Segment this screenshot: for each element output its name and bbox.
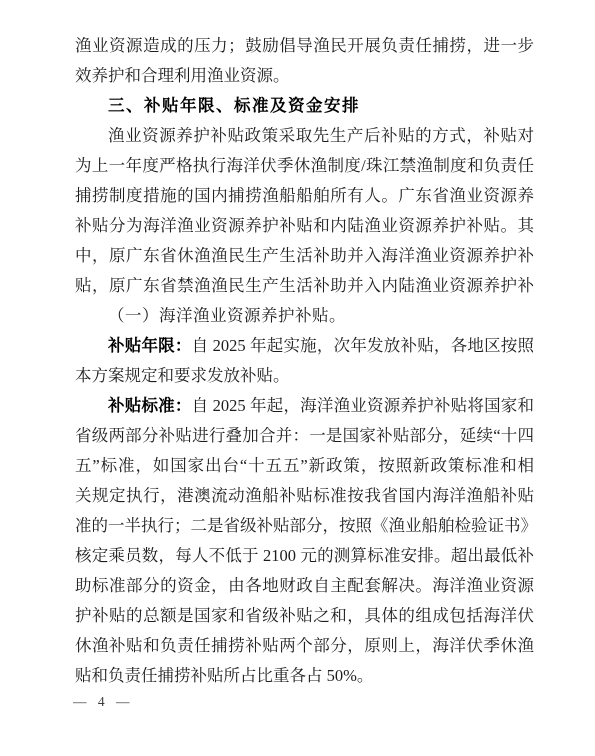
line-text: 助标准部分的资金，由各地财政自主配套解决。海洋渔业资源养 [75, 576, 534, 601]
line-text: 核定乘员数，每人不低于 2100 元的测算标准安排。超出最低补 [75, 546, 534, 565]
text-line: 护补贴的总额是国家和省级补贴之和，具体的组成包括海洋伏季 [75, 601, 534, 631]
section-heading: 三、补贴年限、标准及资金安排 [75, 91, 534, 121]
line-text: 效养护和合理利用渔业资源。 [75, 66, 290, 85]
text-line: 补贴年限：自 2025 年起实施，次年发放补贴，各地区按照 [75, 331, 534, 361]
line-text: 捕捞制度措施的国内捕捞渔船船舶所有人。广东省渔业资源养护 [75, 186, 534, 211]
line-text: 补贴分为海洋渔业资源养护补贴和内陆渔业资源养护补贴。其 [75, 216, 534, 235]
line-text: 自 2025 年起实施，次年发放补贴，各地区按照 [192, 336, 534, 355]
text-line: 准的一半执行；二是省级补贴部分，按照《渔业船舶检验证书》 [75, 511, 534, 541]
line-text: 贴，原广东省禁渔渔民生产生活补助并入内陆渔业资源养护补贴。 [75, 276, 534, 301]
text-line: 休渔补贴和负责任捕捞补贴两个部分，原则上，海洋伏季休渔补 [75, 631, 534, 661]
line-text: 准的一半执行；二是省级补贴部分，按照《渔业船舶检验证书》 [75, 516, 534, 535]
text-line: 渔业资源造成的压力；鼓励倡导渔民开展负责任捕捞，进一步有 [75, 31, 534, 61]
heading-text: 三、补贴年限、标准及资金安排 [108, 97, 360, 115]
text-line: 中，原广东省休渔渔民生产生活补助并入海洋渔业资源养护补 [75, 241, 534, 271]
text-line: 核定乘员数，每人不低于 2100 元的测算标准安排。超出最低补 [75, 541, 534, 571]
text-line: 渔业资源养护补贴政策采取先生产后补贴的方式，补贴对象 [75, 121, 534, 151]
text-line: 省级两部分补贴进行叠加合并：一是国家补贴部分，延续“十四 [75, 421, 534, 451]
line-text: 为上一年度严格执行海洋伏季休渔制度/珠江禁渔制度和负责任 [75, 156, 534, 175]
text-line: 贴和负责任捕捞补贴所占比重各占 50%。 [75, 661, 534, 691]
line-text: 本方案规定和要求发放补贴。 [75, 366, 290, 385]
text-line: 贴，原广东省禁渔渔民生产生活补助并入内陆渔业资源养护补贴。 [75, 271, 534, 301]
text-line: 补贴分为海洋渔业资源养护补贴和内陆渔业资源养护补贴。其 [75, 211, 534, 241]
text-line: 本方案规定和要求发放补贴。 [75, 361, 534, 391]
text-line: 为上一年度严格执行海洋伏季休渔制度/珠江禁渔制度和负责任 [75, 151, 534, 181]
line-text: 护补贴的总额是国家和省级补贴之和，具体的组成包括海洋伏季 [75, 606, 534, 631]
document-page: 渔业资源造成的压力；鼓励倡导渔民开展负责任捕捞，进一步有 效养护和合理利用渔业资… [0, 0, 595, 756]
line-text: 中，原广东省休渔渔民生产生活补助并入海洋渔业资源养护补 [75, 246, 534, 265]
line-text: 贴和负责任捕捞补贴所占比重各占 50%。 [75, 666, 373, 685]
text-line: 五”标准，如国家出台“十五五”新政策，按照新政策标准和相 [75, 451, 534, 481]
bold-run-label: 补贴标准： [108, 397, 192, 415]
text-line: 捕捞制度措施的国内捕捞渔船船舶所有人。广东省渔业资源养护 [75, 181, 534, 211]
text-line: 补贴标准：自 2025 年起，海洋渔业资源养护补贴将国家和 [75, 391, 534, 421]
subsection-heading: （一）海洋渔业资源养护补贴。 [75, 301, 534, 331]
line-text: 五”标准，如国家出台“十五五”新政策，按照新政策标准和相 [75, 456, 534, 475]
text-block: 渔业资源造成的压力；鼓励倡导渔民开展负责任捕捞，进一步有 效养护和合理利用渔业资… [75, 31, 534, 691]
line-text: 自 2025 年起，海洋渔业资源养护补贴将国家和 [192, 396, 534, 415]
text-line: 助标准部分的资金，由各地财政自主配套解决。海洋渔业资源养 [75, 571, 534, 601]
line-text: 关规定执行，港澳流动渔船补贴标准按我省国内海洋渔船补贴标 [75, 486, 534, 511]
bold-run-label: 补贴年限： [108, 337, 192, 355]
line-text: 渔业资源养护补贴政策采取先生产后补贴的方式，补贴对象 [108, 126, 534, 151]
text-line: 关规定执行，港澳流动渔船补贴标准按我省国内海洋渔船补贴标 [75, 481, 534, 511]
line-text: 休渔补贴和负责任捕捞补贴两个部分，原则上，海洋伏季休渔补 [75, 636, 534, 661]
subheading-text: （一）海洋渔业资源养护补贴。 [108, 306, 346, 325]
text-line: 效养护和合理利用渔业资源。 [75, 61, 534, 91]
line-text: 渔业资源造成的压力；鼓励倡导渔民开展负责任捕捞，进一步有 [75, 36, 534, 61]
page-number: — 4 — [73, 692, 134, 712]
line-text: 省级两部分补贴进行叠加合并：一是国家补贴部分，延续“十四 [75, 426, 534, 445]
